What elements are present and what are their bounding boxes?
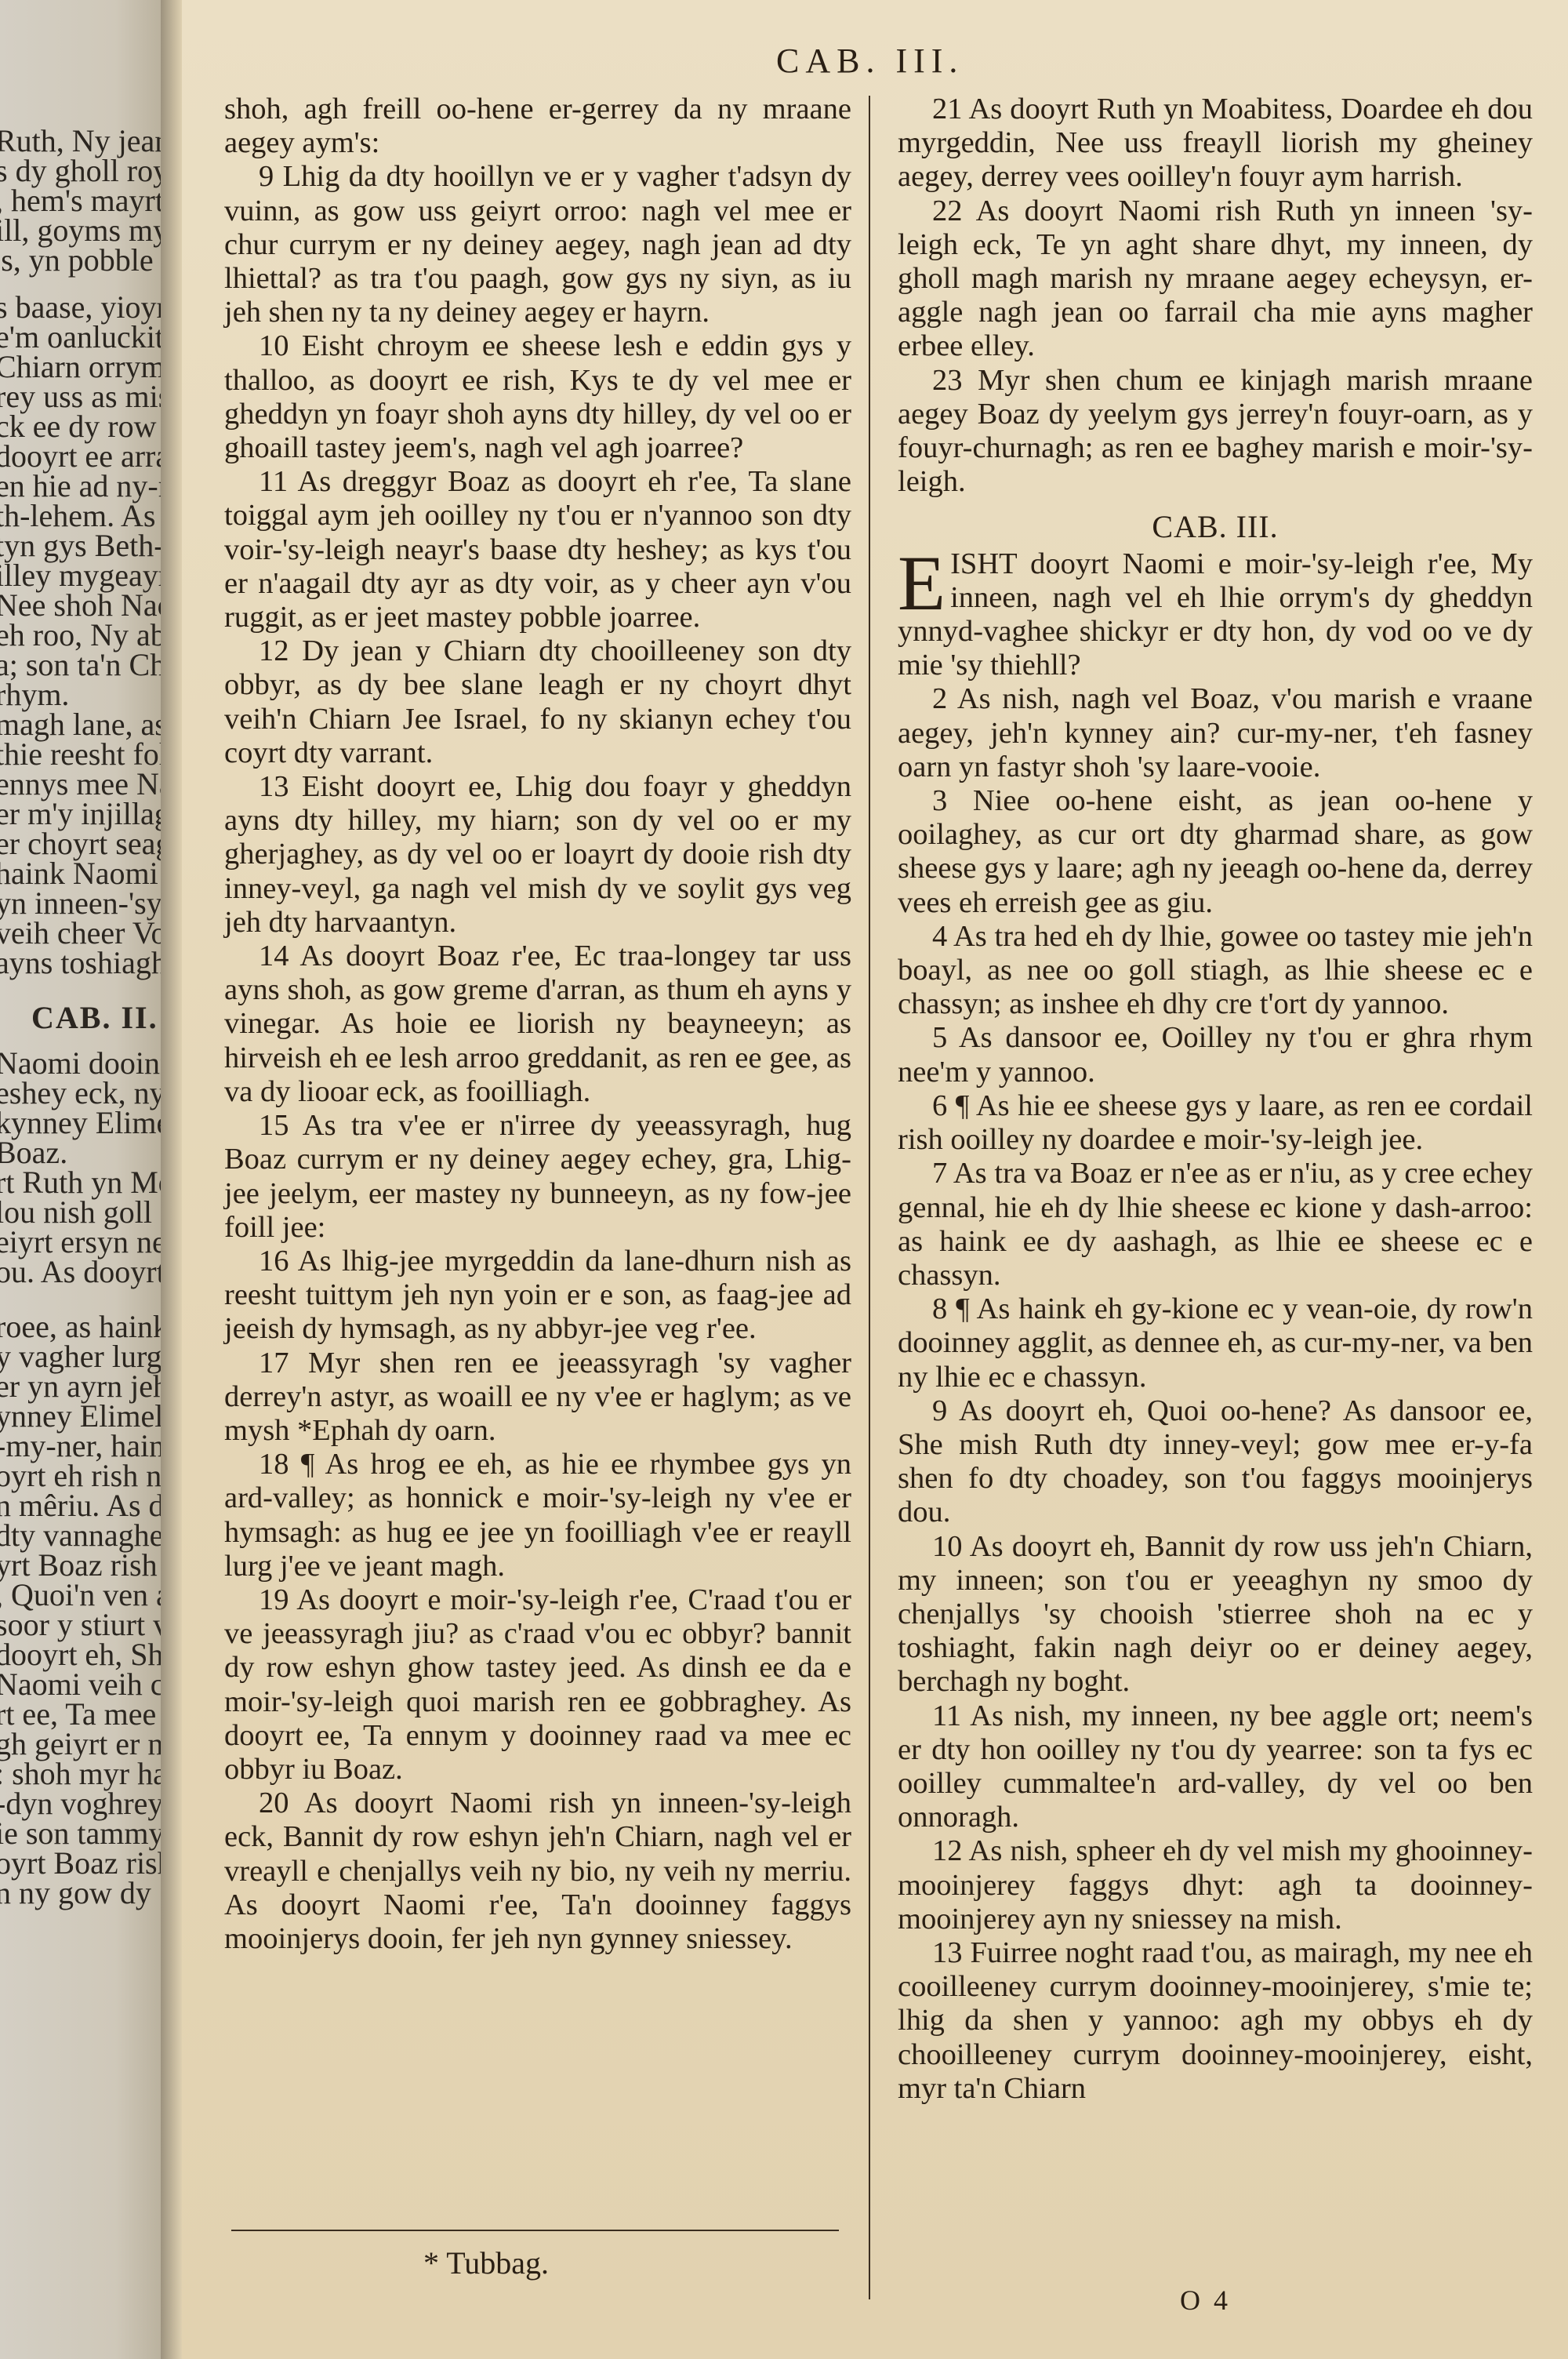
verse-paragraph: 7 As tra va Boaz er n'ee as er n'iu, as …	[898, 1157, 1533, 1292]
left-page-text-line: -dyn voghrey derrey	[0, 1788, 165, 1819]
left-page-text-line: ill, goyms myrgeddin	[0, 215, 165, 246]
verse-paragraph: 9 As dooyrt eh, Quoi oo-hene? As dansoor…	[898, 1394, 1533, 1530]
left-page-text-line: n ny gow dy	[0, 1877, 151, 1909]
verse-paragraph: 15 As tra v'ee er n'irree dy yeeassyragh…	[224, 1109, 851, 1245]
footnote-rule	[231, 2230, 839, 2231]
verse-paragraph: 13 Eisht dooyrt ee, Lhig dou foayr y ghe…	[224, 770, 851, 940]
left-page-text-line: eiyrt ersyn nee'n fo	[0, 1227, 165, 1258]
column-divider	[869, 96, 870, 2299]
left-page-text-line: Naomi veih cheer Vo	[0, 1669, 165, 1700]
verse-paragraph: 23 Myr shen chum ee kinjagh marish mraan…	[898, 364, 1533, 500]
left-page-text-line: eh roo, Ny abbyr-	[0, 620, 165, 651]
verse-paragraph: 2 As nish, nagh vel Boaz, v'ou marish e …	[898, 682, 1533, 784]
text-column-left: shoh, agh freill oo-hene er-gerrey da ny…	[224, 93, 851, 1956]
verse-paragraph: 10 As dooyrt eh, Bannit dy row uss jeh'n…	[898, 1530, 1533, 1699]
left-page-text-line: veih cheer Voab: a	[0, 918, 165, 949]
left-page-text-line: oyrt Boaz rish Ruth	[0, 1848, 165, 1879]
verse-paragraph: 8 ¶ As haink eh gy-kione ec y vean-oie, …	[898, 1292, 1533, 1394]
left-page-text-line: n mêriu. As dreg	[0, 1490, 165, 1521]
footnote: * Tubbag.	[290, 2245, 682, 2281]
left-page-text-line: s dy gholl roym: so	[0, 155, 165, 187]
text-column-right: 21 As dooyrt Ruth yn Moabitess, Doardee …	[898, 93, 1533, 2106]
verse-paragraph: 19 As dooyrt e moir-'sy-leigh r'ee, C'ra…	[224, 1583, 851, 1787]
left-page-text-line: rhym.	[0, 679, 69, 711]
left-page-text-line: gh geiyrt er ny beay	[0, 1728, 165, 1760]
drop-cap: E	[898, 552, 946, 615]
left-page-text-line: kynney Elimelech;	[0, 1107, 165, 1139]
left-page-text-line: roee, as haink ee,	[0, 1311, 165, 1343]
verse-paragraph: 11 As dreggyr Boaz as dooyrt eh r'ee, Ta…	[224, 465, 851, 634]
left-page-text-line: haink Naomi thie,	[0, 858, 165, 889]
left-page-text-line: -my-ner, haink Boaz	[0, 1430, 165, 1462]
left-page-text-line: en hie ad ny-nees	[0, 471, 165, 502]
verse-paragraph: 3 Niee oo-hene eisht, as jean oo-hene y …	[898, 784, 1533, 920]
first-paragraph-text: ISHT dooyrt Naomi e moir-'sy-leigh r'ee,…	[898, 547, 1533, 682]
left-page-text-line: Boaz.	[0, 1137, 67, 1169]
left-page-text-line: magh lane, as ta'n	[0, 709, 165, 740]
verse-paragraph: 11 As nish, my inneen, ny bee aggle ort;…	[898, 1699, 1533, 1835]
running-head: CAB. III.	[776, 41, 964, 81]
verse-paragraph: 12 Dy jean y Chiarn dty chooilleeney son…	[224, 634, 851, 770]
left-page-text-line: rt Ruth yn Moab	[0, 1167, 165, 1198]
left-page-text-line: dooyrt eh, She'n ven	[0, 1639, 165, 1670]
left-page-text-line: rt ee, Ta mee guee	[0, 1699, 165, 1730]
left-page-text-line: soor y stiurt va h	[0, 1609, 165, 1641]
verse-paragraph: 21 As dooyrt Ruth yn Moabitess, Doardee …	[898, 93, 1533, 194]
left-page-text-line: ennys mee Naomi,	[0, 769, 165, 800]
left-page-text-line: s baase, yioym's ta	[0, 292, 165, 323]
left-page-text-line: y vagher lurg ny b	[0, 1341, 165, 1372]
left-page-text-line: eshey eck, ny gho	[0, 1078, 165, 1109]
left-page-text-line: er yn ayrn jeh'n vag	[0, 1371, 165, 1402]
left-page-text-line: ou. As dooyrt ee r'e	[0, 1256, 165, 1288]
verse-paragraph: 12 As nish, spheer eh dy vel mish my gho…	[898, 1834, 1533, 1936]
verse-paragraph: 22 As dooyrt Naomi rish Ruth yn inneen '…	[898, 194, 1533, 364]
continuation-paragraph: shoh, agh freill oo-hene er-gerrey da ny…	[224, 93, 851, 160]
left-page-text-line: , Quoi'n ven aeg shoh	[0, 1579, 165, 1611]
verse-paragraph: 4 As tra hed eh dy lhie, gowee oo tastey…	[898, 920, 1533, 1022]
left-page-text-line: dooyrt ee arragh r	[0, 441, 165, 472]
left-page-text-line: illey mygeayrt-y-m	[0, 560, 165, 591]
chapter-heading: CAB. III.	[898, 510, 1533, 543]
verse-paragraph: 9 Lhig da dty hooillyn ve er y vagher t'…	[224, 160, 851, 329]
verse-paragraph: 14 As dooyrt Boaz r'ee, Ec traa-longey t…	[224, 940, 851, 1109]
left-page-text-line: Ruth, Ny jean m'yl	[0, 125, 165, 157]
left-page-text-line: 's, yn pobble aym's,	[0, 245, 165, 276]
left-page-text-line: lou nish goll gys y	[0, 1197, 165, 1228]
left-page-text-line: Nee shoh Naomi?	[0, 590, 165, 621]
left-page-text-line: yn inneen-'sy-leigh	[0, 888, 165, 919]
left-page-text-line: , hem's mayrt; as ra	[0, 185, 165, 216]
left-page-text-line: tyn gys Beth-lehem	[0, 530, 165, 562]
signature-mark: O 4	[1180, 2284, 1231, 2317]
left-page-text-line: dty vannaghey.	[0, 1520, 165, 1551]
left-page-text-line: : shoh myr haink ee,	[0, 1758, 165, 1790]
verse-paragraph: 5 As dansoor ee, Ooilley ny t'ou er ghra…	[898, 1021, 1533, 1089]
left-page-text-line: rey uss as mish.	[0, 381, 165, 413]
verse-paragraph: 17 Myr shen ren ee jeeassyragh 'sy vaghe…	[224, 1347, 851, 1448]
verse-paragraph: 16 As lhig-jee myrgeddin da lane-dhurn n…	[224, 1245, 851, 1347]
left-page-text-line: er choyrt seaghyn	[0, 828, 165, 860]
left-page-text-line: oyrt eh rish ny beay	[0, 1460, 165, 1492]
left-page-text-line: a; son ta'n Chiarn	[0, 649, 165, 681]
left-page-text-line: ayns toshiaght y fo	[0, 947, 165, 979]
left-page-text-line: ynney Elimelech.	[0, 1401, 165, 1432]
left-page-text-line: Naomi dooinney-m	[0, 1048, 165, 1079]
left-page-text-line: yrt Boaz rish y stiurt	[0, 1550, 165, 1581]
left-page-text-line: ck ee dy row ee so	[0, 411, 165, 442]
verse-paragraph: 6 ¶ As hie ee sheese gys y laare, as ren…	[898, 1089, 1533, 1157]
left-page-text-line: e'm oanluckit: shoh	[0, 322, 165, 353]
left-page-text-line: Chiarn orrym, my	[0, 351, 165, 383]
book-gutter	[161, 0, 183, 2359]
facing-left-page: Ruth, Ny jean m'yls dy gholl roym: so, h…	[0, 0, 165, 2359]
left-page-text-line: ie son tammylt.	[0, 1818, 165, 1849]
left-page-text-line: thie reesht follym	[0, 739, 165, 770]
left-page-text-line: er m'y injillaghey,	[0, 798, 165, 830]
verse-paragraph: 13 Fuirree noght raad t'ou, as mairagh, …	[898, 1936, 1533, 2106]
chapter-first-paragraph: E ISHT dooyrt Naomi e moir-'sy-leigh r'e…	[898, 547, 1533, 683]
verse-paragraph: 18 ¶ As hrog ee eh, as hie ee rhymbee gy…	[224, 1448, 851, 1583]
verse-paragraph: 10 Eisht chroym ee sheese lesh e eddin g…	[224, 329, 851, 465]
left-page-chapter-heading: CAB. II.	[31, 1002, 158, 1034]
left-page-text-line: th-lehem. As she	[0, 500, 165, 532]
verse-paragraph: 20 As dooyrt Naomi rish yn inneen-'sy-le…	[224, 1787, 851, 1956]
